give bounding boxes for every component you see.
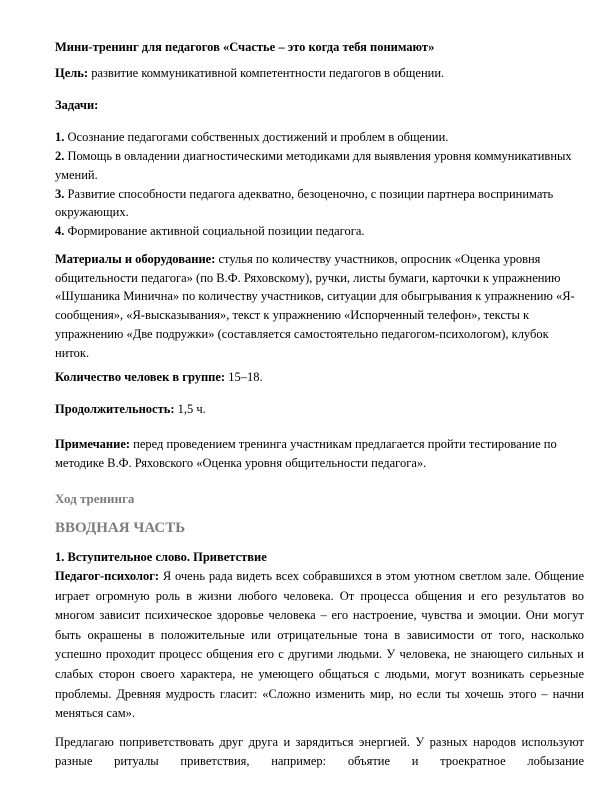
materials-paragraph: Материалы и оборудование: стулья по коли… xyxy=(55,250,584,363)
goal-paragraph: Цель: развитие коммуникативной компетент… xyxy=(55,64,584,83)
task-item-3: 3. Развитие способности педагога адекват… xyxy=(55,185,584,223)
group-size-paragraph: Количество человек в группе: 15–18. xyxy=(55,368,584,387)
tasks-heading: Задачи: xyxy=(55,96,584,115)
section-heading-intro: ВВОДНАЯ ЧАСТЬ xyxy=(55,518,584,539)
document-page: Мини-тренинг для педагогов «Счастье – эт… xyxy=(0,0,612,792)
group-size-label: Количество человек в группе: xyxy=(55,370,225,384)
goal-text: развитие коммуникативной компетентности … xyxy=(88,66,444,80)
note-label: Примечание: xyxy=(55,437,130,451)
task-text: Развитие способности педагога адекватно,… xyxy=(55,187,553,220)
task-number: 4. xyxy=(55,224,64,238)
materials-label: Материалы и оборудование: xyxy=(55,252,215,266)
task-item-1: 1. Осознание педагогами собственных дост… xyxy=(55,128,584,147)
task-text: Формирование активной социальной позиции… xyxy=(64,224,364,238)
step1-heading: 1. Вступительное слово. Приветствие xyxy=(55,548,584,567)
tasks-list: 1. Осознание педагогами собственных дост… xyxy=(55,128,584,241)
note-text: перед проведением тренинга участникам пр… xyxy=(55,437,557,470)
greeting-paragraph: Предлагаю поприветствовать друг друга и … xyxy=(55,733,584,772)
materials-text: стулья по количеству участников, опросни… xyxy=(55,252,575,360)
task-number: 1. xyxy=(55,130,64,144)
duration-label: Продолжительность: xyxy=(55,402,174,416)
note-paragraph: Примечание: перед проведением тренинга у… xyxy=(55,435,584,473)
task-text: Помощь в овладении диагностическими мето… xyxy=(55,149,572,182)
psychologist-label: Педагог-психолог: xyxy=(55,569,159,583)
duration-text: 1,5 ч. xyxy=(174,402,205,416)
task-item-4: 4. Формирование активной социальной пози… xyxy=(55,222,584,241)
goal-label: Цель: xyxy=(55,66,88,80)
group-size-text: 15–18. xyxy=(225,370,263,384)
task-number: 3. xyxy=(55,187,64,201)
task-number: 2. xyxy=(55,149,64,163)
task-text: Осознание педагогами собственных достиже… xyxy=(64,130,448,144)
course-heading: Ход тренинга xyxy=(55,490,584,508)
doc-title: Мини-тренинг для педагогов «Счастье – эт… xyxy=(55,38,584,57)
psychologist-speech-paragraph: Педагог-психолог: Я очень рада видеть вс… xyxy=(55,567,584,724)
duration-paragraph: Продолжительность: 1,5 ч. xyxy=(55,400,584,419)
task-item-2: 2. Помощь в овладении диагностическими м… xyxy=(55,147,584,185)
psychologist-text: Я очень рада видеть всех собравшихся в э… xyxy=(55,569,584,720)
